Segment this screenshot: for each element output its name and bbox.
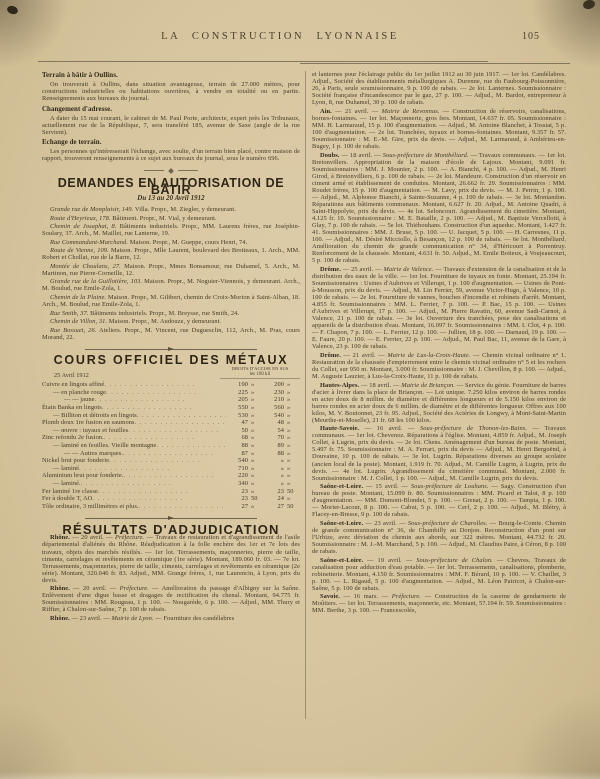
journal-title: LA CONSTRUCTION LYONNAISE <box>70 31 490 42</box>
price-value-1: 47 <box>226 419 248 427</box>
price-value-1: 225 <box>226 389 248 397</box>
column-header-line1: DROITS D'ACCISE EN SUS <box>232 366 289 371</box>
building-permit-entry: Rue Commandant-Marchand. Maison. Propr.,… <box>42 239 300 246</box>
price-unit-2: » <box>284 442 300 450</box>
text-run: Maison. Propr., M. Gueppe, cours Henri, … <box>128 239 247 246</box>
arrow-divider <box>85 515 257 522</box>
price-unit-1: » <box>248 412 262 420</box>
section-title-cours: COURS OFFICIEL DES MÉTAUX <box>42 357 300 364</box>
price-value-2: » <box>262 480 284 488</box>
dot-leader <box>102 404 226 412</box>
price-unit-1: » <box>248 450 262 458</box>
section-title-demandes: DEMANDES EN AUTORISATION DE BATIR <box>42 180 300 194</box>
text-run: — 20 avril. — <box>70 534 115 541</box>
bold-run: Drôme. <box>320 266 341 273</box>
metal-price-row: Fer à double T, AO235024» <box>42 495 300 503</box>
price-unit-2: » <box>284 389 300 397</box>
building-permit-entry: Montée de Choulans, 27. Maison. Propr., … <box>42 263 300 277</box>
price-value-1: 205 <box>226 396 248 404</box>
scan-bottom-edge <box>0 772 600 779</box>
price-unit-2: 50 <box>284 503 300 511</box>
adjudication-paragraphs-left: Rhône. — 20 avril. — Préfecture. — Trava… <box>42 534 300 622</box>
dot-leader <box>137 412 226 420</box>
text-run: — 16 avril. — <box>359 425 420 432</box>
text-run: — 21 avril. — <box>341 352 387 359</box>
dot-leader <box>104 381 226 389</box>
text-run: Villa. Propr., M. Ziegler, y demeurant. <box>133 206 236 213</box>
page-number: 105 <box>522 31 540 42</box>
price-unit-1: » <box>248 480 262 488</box>
price-value-2: 48 <box>262 419 284 427</box>
dot-leader <box>128 427 226 435</box>
bold-run: Saône-et-Loire. <box>320 520 363 527</box>
price-unit-1: » <box>248 442 262 450</box>
adjudication-entry: Rhône. — 20 avril. — Préfecture. — Améli… <box>42 585 300 613</box>
scan-artifact <box>582 0 596 10</box>
italic-run: Mairie de Revonnas. <box>382 108 440 115</box>
price-value-2: 560 <box>262 404 284 412</box>
price-value-2: 54 <box>262 427 284 435</box>
italic-run: Rue Commandant-Marchand. <box>50 239 128 246</box>
price-value-2: 70 <box>262 434 284 442</box>
price-unit-1: » <box>248 389 262 397</box>
dot-leader <box>104 434 226 442</box>
price-unit-1: » <box>248 419 262 427</box>
text-run: — 18 avril. — <box>339 152 382 159</box>
adjudication-entry: Saône-et-Loire. — 19 avril. — Sous-préfe… <box>312 557 566 592</box>
dot-leader <box>92 495 226 503</box>
news-heading: Echange de terrain. <box>42 139 300 147</box>
price-value-2: 540 <box>262 412 284 420</box>
italic-run: Mairie de Lus-la-Croix-Haute. <box>387 352 470 359</box>
adjudication-entry: Rhône. — 23 avril. — Mairie de Lyon. — F… <box>42 615 300 622</box>
metal-price-row: — — Autres marques.87»88» <box>42 450 300 458</box>
bold-run: Rhône. <box>50 534 70 541</box>
metal-name: — œuvre : tuyaux et feuilles <box>53 427 128 435</box>
text-run: — Fourniture des candélabres <box>154 615 235 622</box>
metal-price-row: Nickel brut pour fonderie540»»» <box>42 457 300 465</box>
italic-run: Chemin de Villon, 31. <box>50 318 107 325</box>
building-permit-entry: Chemin de la Plaine. Maison. Propr., M. … <box>42 294 300 308</box>
metal-price-row: — œuvre : tuyaux et feuilles50»54» <box>42 427 300 435</box>
metal-name: Étain Banka en lingots <box>42 404 102 412</box>
price-unit-2: » <box>284 495 300 503</box>
price-value-2: 230 <box>262 389 284 397</box>
news-sections: Terrain à bâtir à Oullins.On trouverait … <box>42 72 300 162</box>
text-run: — Service du génie. Fourniture de barres… <box>312 382 566 424</box>
adjudication-entry: Saône-et-Loire. — 15 avril. — Sous-préfe… <box>312 483 566 518</box>
news-paragraph: Les personnes qu'intéresserait l'échange… <box>42 148 300 162</box>
building-permit-entry: Grande rue de Monplaisir, 149. Villa. Pr… <box>42 206 300 213</box>
price-unit-2: » <box>284 427 300 435</box>
metal-price-row: Cuivre en lingots affiné190»200» <box>42 381 300 389</box>
price-unit-1: » <box>248 381 262 389</box>
building-permit-entry: Chemin de Josaphat, 8. Bâtiments industr… <box>42 223 300 237</box>
price-unit-1: » <box>248 404 262 412</box>
price-value-1: 68 <box>226 434 248 442</box>
metal-prices-table: 25 Avril 1912 DROITS D'ACCISE EN SUS les… <box>42 366 300 511</box>
italic-run: Sous-préfecture de Montbéliard. <box>383 152 469 159</box>
text-run: — 21 avril. — <box>332 108 382 115</box>
scanned-journal-page: LA CONSTRUCTION LYONNAISE 105 Terrain à … <box>0 0 600 779</box>
news-paragraph: A dater du 15 mai courant, le cabinet de… <box>42 115 300 136</box>
adjudication-entry: Savoie. — 16 mars. — Préfecture. — Const… <box>312 593 566 614</box>
price-unit-2: » <box>284 465 300 473</box>
price-value-2: 24 <box>262 495 284 503</box>
italic-run: Préfecture. <box>115 534 144 541</box>
building-permit-entry: Rue Bossuet, 26. Ateliers. Propr., M. Vi… <box>42 327 300 341</box>
news-paragraph: On trouverait à Oullins, dans situation … <box>42 81 300 102</box>
bold-run: Saône-et-Loire. <box>320 557 363 564</box>
metal-name: Cuivre en lingots affiné <box>42 381 104 389</box>
italic-run: Route d'Heyrieux, 178. <box>50 215 111 222</box>
adjudication-entry: Hautes-Alpes. — 18 avril. — Mairie de Br… <box>312 382 566 424</box>
price-unit-2: » <box>284 404 300 412</box>
dot-leader <box>106 389 226 397</box>
metal-price-row: Tôle ordinaire, 3 millimètres et plus.27… <box>42 503 300 511</box>
price-unit-2: 50 <box>284 488 300 496</box>
adjudication-entry: Ain. — 21 avril. — Mairie de Revonnas. —… <box>312 108 566 150</box>
building-permit-entry: Chemin de Villon, 31. Maison. Propr., M.… <box>42 318 300 325</box>
price-unit-1: » <box>248 465 262 473</box>
dot-leader <box>98 488 226 496</box>
bold-run: Drôme. <box>320 352 341 359</box>
price-value-1: 50 <box>226 427 248 435</box>
metal-price-row: Fer laminé 1re classe23»2350 <box>42 488 300 496</box>
italic-run: Route de Vienne, 109. <box>50 247 109 254</box>
italic-run: Grande rue de la Guillotière, 103. <box>50 278 142 285</box>
price-unit-1: 50 <box>248 495 262 503</box>
metal-price-row: — laminé710»»» <box>42 465 300 473</box>
price-unit-2: » <box>284 457 300 465</box>
italic-run: Sous-préfecture de Charolles. <box>408 520 488 527</box>
bold-run: Ain. <box>320 108 332 115</box>
metal-name: — laminé <box>53 465 79 473</box>
text-run: — Travaux de restauration et d'agrandiss… <box>42 534 300 583</box>
price-unit-1: » <box>248 472 262 480</box>
metal-name: Fer à double T, AO <box>42 495 92 503</box>
building-permit-entry: Rue Smith, 37. Bâtiments industriels. Pr… <box>42 310 300 317</box>
price-value-2: » <box>262 465 284 473</box>
price-value-2: 23 <box>262 488 284 496</box>
metal-price-row: Aluminium brut pour fonderie.220»»» <box>42 472 300 480</box>
left-column: Terrain à bâtir à Oullins.On trouverait … <box>42 71 300 719</box>
price-value-1: 23 <box>226 495 248 503</box>
news-heading: Changement d'adresse. <box>42 106 300 114</box>
text-run: — Construction de réservoirs, canalisati… <box>312 108 566 150</box>
metal-table-header: 25 Avril 1912 DROITS D'ACCISE EN SUS les… <box>42 366 300 379</box>
metal-price-row: — laminé en feuilles. Vieille montagne88… <box>42 442 300 450</box>
dot-leader <box>79 465 226 473</box>
arrow-divider <box>85 346 257 353</box>
price-value-1: 220 <box>226 472 248 480</box>
italic-run: Grande rue de Monplaisir, 149. <box>50 206 133 213</box>
text-run: Bâtiment. Propr., M. Vial, y demeurant. <box>111 215 217 222</box>
italic-run: Chemin de la Plaine. <box>50 294 106 301</box>
adjudication-entry: Drôme. — 25 avril. — Mairie de Valence. … <box>312 266 566 351</box>
adjudication-entry: Haute-Savoie. — 16 avril. — Sous-préfect… <box>312 425 566 481</box>
price-value-2: 210 <box>262 396 284 404</box>
metal-price-row: — en planche rouge225»230» <box>42 389 300 397</box>
adjudication-entry: Drôme. — 21 avril. — Mairie de Lus-la-Cr… <box>312 352 566 380</box>
dot-leader <box>135 419 226 427</box>
bold-run: Rhône. <box>50 585 70 592</box>
right-column: et lanternes pour l'éclairage public du … <box>312 71 566 719</box>
price-value-1: 530 <box>226 412 248 420</box>
price-value-1: 710 <box>226 465 248 473</box>
text-run: — 18 avril. — <box>359 382 401 389</box>
metal-name: Fer laminé 1re classe <box>42 488 98 496</box>
price-unit-1: » <box>248 457 262 465</box>
text-run: — 25 avril. — <box>341 266 384 273</box>
price-value-2: 27 <box>262 503 284 511</box>
building-permit-entry: Route de Vienne, 109. Maison. Propr., Ml… <box>42 247 300 261</box>
price-value-1: 87 <box>226 450 248 458</box>
section-title-resultats: RÉSULTATS D'ADJUDICATION <box>42 526 300 533</box>
price-value-1: 27 <box>226 503 248 511</box>
diamond-divider <box>42 167 300 174</box>
price-value-2: » <box>262 472 284 480</box>
price-value-2: 88 <box>262 450 284 458</box>
header-rule-secondary <box>300 63 570 64</box>
text-run: — 20 avril. — <box>70 585 120 592</box>
italic-run: Rue Bossuet, 26. <box>50 327 96 334</box>
bold-run: Doubs. <box>320 152 339 159</box>
adjudication-entry: Doubs. — 18 avril. — Sous-préfecture de … <box>312 152 566 265</box>
building-permit-entry: Grande rue de la Guillotière, 103. Maiso… <box>42 278 300 292</box>
italic-run: Montée de Choulans, 27. <box>50 263 121 270</box>
metal-name: — Billiton et détroits en lingots <box>53 412 137 420</box>
price-value-1: 88 <box>226 442 248 450</box>
italic-run: Rue Smith, 37. <box>50 310 88 317</box>
news-heading: Terrain à bâtir à Oullins. <box>42 72 300 80</box>
metal-name: Zinc refondu 2e fusion. <box>42 434 104 442</box>
text-run: — Travaux communaux. — 1er lot. Chevenoz… <box>312 425 566 481</box>
metal-price-row: — Billiton et détroits en lingots530»540… <box>42 412 300 420</box>
header-rule <box>38 61 488 62</box>
price-unit-2: » <box>284 450 300 458</box>
metal-name: — — jaune <box>64 396 95 404</box>
italic-run: Sous-préfecture de Thonon-les-Bains. <box>420 425 527 432</box>
bold-run: Savoie. <box>320 593 340 600</box>
text-run: et lanternes pour l'éclairage public du … <box>312 71 566 106</box>
price-unit-1: » <box>248 396 262 404</box>
metal-name: Aluminium brut pour fonderie. <box>42 472 123 480</box>
metal-name: — laminé. <box>53 480 81 488</box>
price-unit-2: » <box>284 412 300 420</box>
dot-leader <box>81 480 226 488</box>
text-run: — 23 avril. — <box>363 520 408 527</box>
price-unit-1: » <box>248 434 262 442</box>
metal-price-rows: Cuivre en lingots affiné190»200»— en pla… <box>42 381 300 510</box>
bold-run: Saône-et-Loire. <box>320 483 363 490</box>
bold-run: Hautes-Alpes. <box>320 382 359 389</box>
bold-run: Rhône. <box>50 615 70 622</box>
column-header-line2: les 100 kil <box>250 372 271 377</box>
italic-run: Préfecture. <box>392 593 421 600</box>
italic-run: Chemin de Josaphat, 8. <box>50 223 116 230</box>
metal-table-date: 25 Avril 1912 <box>54 372 89 379</box>
price-unit-2: » <box>284 480 300 488</box>
building-permit-entries: Grande rue de Monplaisir, 149. Villa. Pr… <box>42 206 300 341</box>
dot-leader <box>139 503 226 511</box>
building-permit-entry: Route d'Heyrieux, 178. Bâtiment. Propr.,… <box>42 215 300 222</box>
dot-leader <box>156 442 226 450</box>
dot-leader <box>123 472 226 480</box>
price-unit-2: » <box>284 381 300 389</box>
metal-name: — laminé en feuilles. Vieille montagne <box>53 442 156 450</box>
metal-price-row: — — jaune205»210» <box>42 396 300 404</box>
italic-run: Préfecture. <box>120 585 149 592</box>
metal-table-column-header: DROITS D'ACCISE EN SUS les 100 kil <box>220 366 300 379</box>
price-unit-2: » <box>284 419 300 427</box>
italic-run: Sous-préfecture de Chalon. <box>416 557 493 564</box>
metal-name: Nickel brut pour fonderie <box>42 457 109 465</box>
dot-leader <box>123 450 226 458</box>
text-run: — 15 avril. — <box>363 483 411 490</box>
text-run: — Travaux communaux. — 1er lot. Bretonvi… <box>312 152 566 265</box>
metal-name: — — Autres marques. <box>64 450 123 458</box>
italic-run: Mairie de Briançon. <box>401 382 455 389</box>
metal-price-row: Plomb doux 1re fusion en saumons47»48» <box>42 419 300 427</box>
column-divider-rule <box>305 71 306 719</box>
price-unit-2: » <box>284 472 300 480</box>
price-value-2: 200 <box>262 381 284 389</box>
metal-name: Tôle ordinaire, 3 millimètres et plus. <box>42 503 139 511</box>
price-value-2: 89 <box>262 442 284 450</box>
price-value-1: 23 <box>226 488 248 496</box>
metal-price-row: Zinc refondu 2e fusion.68»70» <box>42 434 300 442</box>
dot-leader <box>109 457 226 465</box>
bold-run: Haute-Savoie. <box>320 425 359 432</box>
price-unit-1: » <box>248 427 262 435</box>
metal-name: — en planche rouge <box>53 389 106 397</box>
text-run: — 19 avril. — <box>363 557 416 564</box>
adjudication-entry: Saône-et-Loire. — 23 avril. — Sous-préfe… <box>312 520 566 555</box>
price-unit-2: » <box>284 434 300 442</box>
text-run: Maison. Propr., M. Audouze, y demeurant. <box>107 318 221 325</box>
scan-artifact <box>6 4 19 15</box>
price-value-1: 190 <box>226 381 248 389</box>
two-column-layout: Terrain à bâtir à Oullins.On trouverait … <box>42 71 566 719</box>
price-value-1: 340 <box>226 480 248 488</box>
italic-run: Mairie de Valence. <box>383 266 433 273</box>
adjudication-entry: et lanternes pour l'éclairage public du … <box>312 71 566 106</box>
adjudication-entry: Rhône. — 20 avril. — Préfecture. — Trava… <box>42 534 300 583</box>
dot-leader <box>95 396 226 404</box>
metal-name: Plomb doux 1re fusion en saumons <box>42 419 135 427</box>
metal-price-row: Étain Banka en lingots550»560» <box>42 404 300 412</box>
italic-run: Sous-préfecture de Louhans. <box>411 483 489 490</box>
text-run: — 16 mars. — <box>340 593 392 600</box>
metal-price-row: — laminé.340»»» <box>42 480 300 488</box>
price-unit-2: » <box>284 396 300 404</box>
price-value-2: » <box>262 457 284 465</box>
italic-run: Mairie de Lyon. <box>112 615 154 622</box>
price-value-1: 540 <box>226 457 248 465</box>
text-run: — Travaux d'extension de la canalisation… <box>312 266 566 351</box>
text-run: Bâtiments industriels. Propr., M. Breyss… <box>88 310 239 317</box>
price-value-1: 550 <box>226 404 248 412</box>
price-unit-1: » <box>248 488 262 496</box>
section-subtitle-demandes: Du 13 au 20 Avril 1912 <box>42 195 300 202</box>
text-run: — 23 avril. — <box>70 615 112 622</box>
price-unit-1: » <box>248 503 262 511</box>
